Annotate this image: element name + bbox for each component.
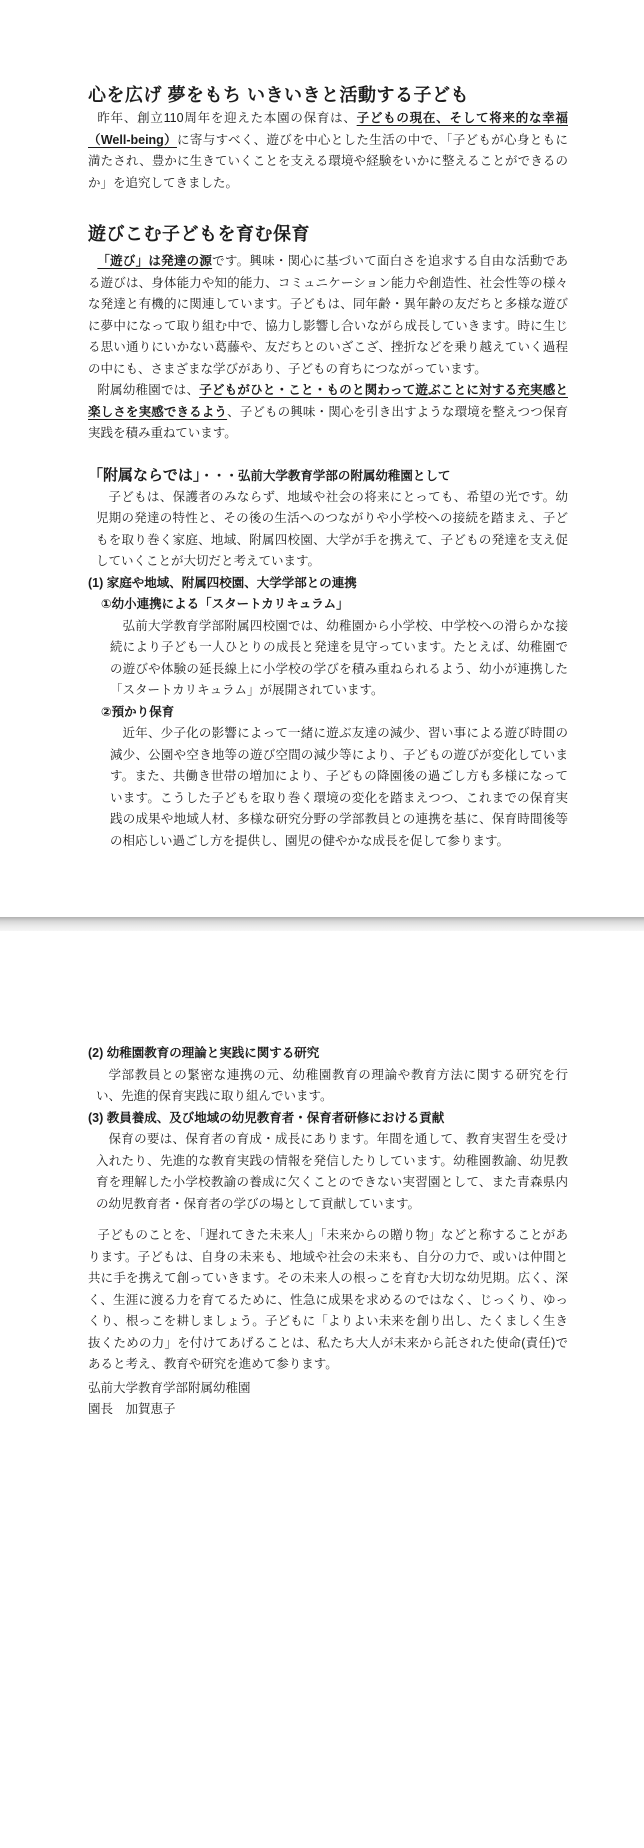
page-separator [0,917,644,931]
page-2: (2) 幼稚園教育の理論と実践に関する研究 学部教員との緊密な連携の元、幼稚園教… [0,931,644,1848]
item1-sub1-body: 弘前大学教育学部附属四校園では、幼稚園から小学校、中学校への滑らかな接続により子… [110,616,568,702]
item1-sub1-heading: ①幼小連携による「スタートカリキュラム」 [101,594,568,616]
item1-sub2-heading: ②預かり保育 [101,702,568,724]
page-1: 心を広げ 夢をもち いきいきと活動する子ども 昨年、創立110周年を迎えた本園の… [0,0,644,917]
fuzoku-heading-sub: ・・・弘前大学教育学部の附属幼稚園として [200,469,450,483]
signature-director: 園長 加賀恵子 [88,1399,568,1421]
item3-body: 保育の要は、保育者の育成・成長にあります。年間を通して、教育実習生を受け入れたり… [96,1129,568,1215]
section-fuzoku-heading: 「附属ならでは」・・・弘前大学教育学部の附属幼稚園として [88,465,568,487]
signature-organization: 弘前大学教育学部附属幼稚園 [88,1378,568,1400]
item2-heading: (2) 幼稚園教育の理論と実践に関する研究 [88,1043,568,1065]
item1-heading: (1) 家庭や地域、附属四校園、大学学部との連携 [88,573,568,595]
fuzoku-heading-main: 「附属ならでは」 [88,467,200,484]
text-segment: 附属幼稚園では、 [97,383,199,397]
play-paragraph-2: 附属幼稚園では、子どもがひと・こと・ものと関わって遊ぶことに対する充実感と楽しさ… [88,380,568,445]
main-title: 心を広げ 夢をもち いきいきと活動する子ども [88,84,568,106]
text-segment: です。興味・関心に基づいて面白さを追求する自由な活動である遊びは、身体能力や知的… [88,254,568,376]
signature-block: 弘前大学教育学部附属幼稚園 園長 加賀恵子 [88,1378,568,1421]
item3-heading: (3) 教員養成、及び地域の幼児教育者・保育者研修における貢献 [88,1108,568,1130]
closing-paragraph: 子どものことを、「遅れてきた未来人」「未来からの贈り物」などと称することがありま… [88,1225,568,1376]
section-play-heading: 遊びこむ子どもを育む保育 [88,223,568,245]
document: 心を広げ 夢をもち いきいきと活動する子ども 昨年、創立110周年を迎えた本園の… [0,0,644,1848]
item1-sub2-body: 近年、少子化の影響によって一緒に遊ぶ友達の減少、習い事による遊び時間の減少、公園… [110,723,568,852]
opening-paragraph: 昨年、創立110周年を迎えた本園の保育は、子どもの現在、そして将来的な幸福（We… [88,108,568,194]
text-segment: 「遊び」は発達の源 [97,254,212,268]
item2-body: 学部教員との緊密な連携の元、幼稚園教育の理論や教育方法に関する研究を行い、先進的… [96,1065,568,1108]
fuzoku-intro-paragraph: 子どもは、保護者のみならず、地域や社会の将来にとっても、希望の光です。幼児期の発… [96,487,568,573]
play-paragraph-1: 「遊び」は発達の源です。興味・関心に基づいて面白さを追求する自由な活動である遊び… [88,251,568,380]
text-segment: 昨年、創立110周年を迎えた本園の保育は、 [97,111,356,125]
